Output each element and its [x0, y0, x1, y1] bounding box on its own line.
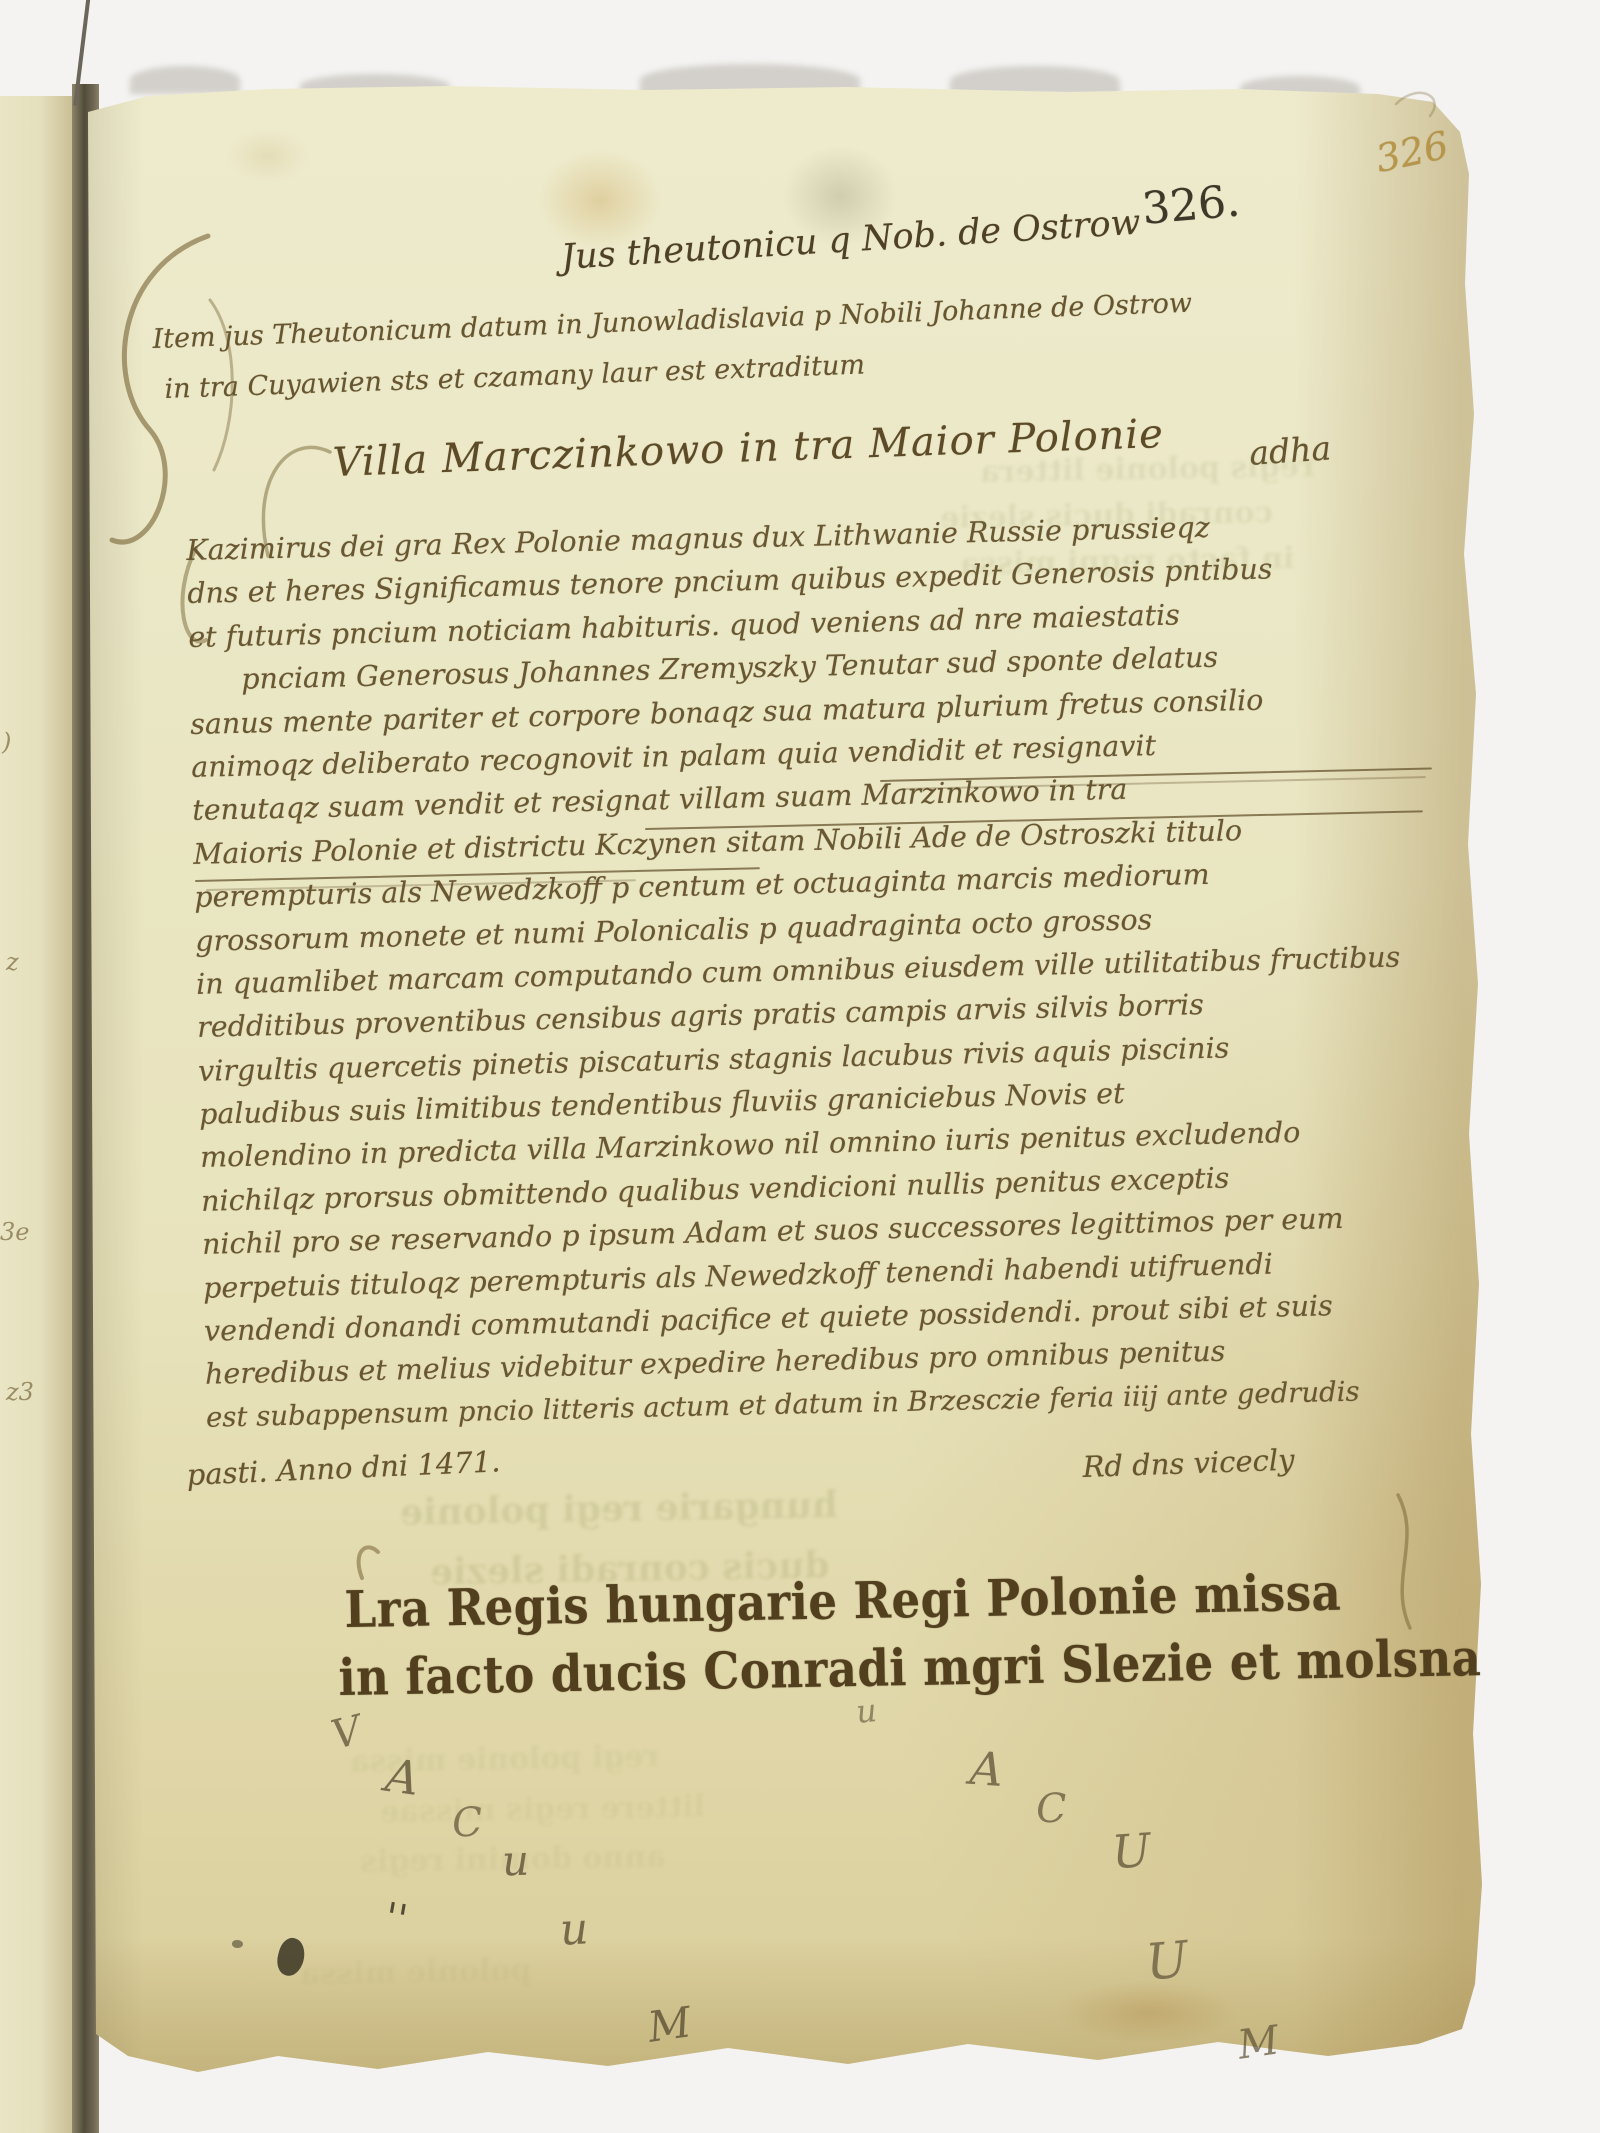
pen-flourishes [0, 0, 1600, 2133]
manuscript-scan: { "document": { "page_number_ink": "326.… [0, 0, 1600, 2133]
